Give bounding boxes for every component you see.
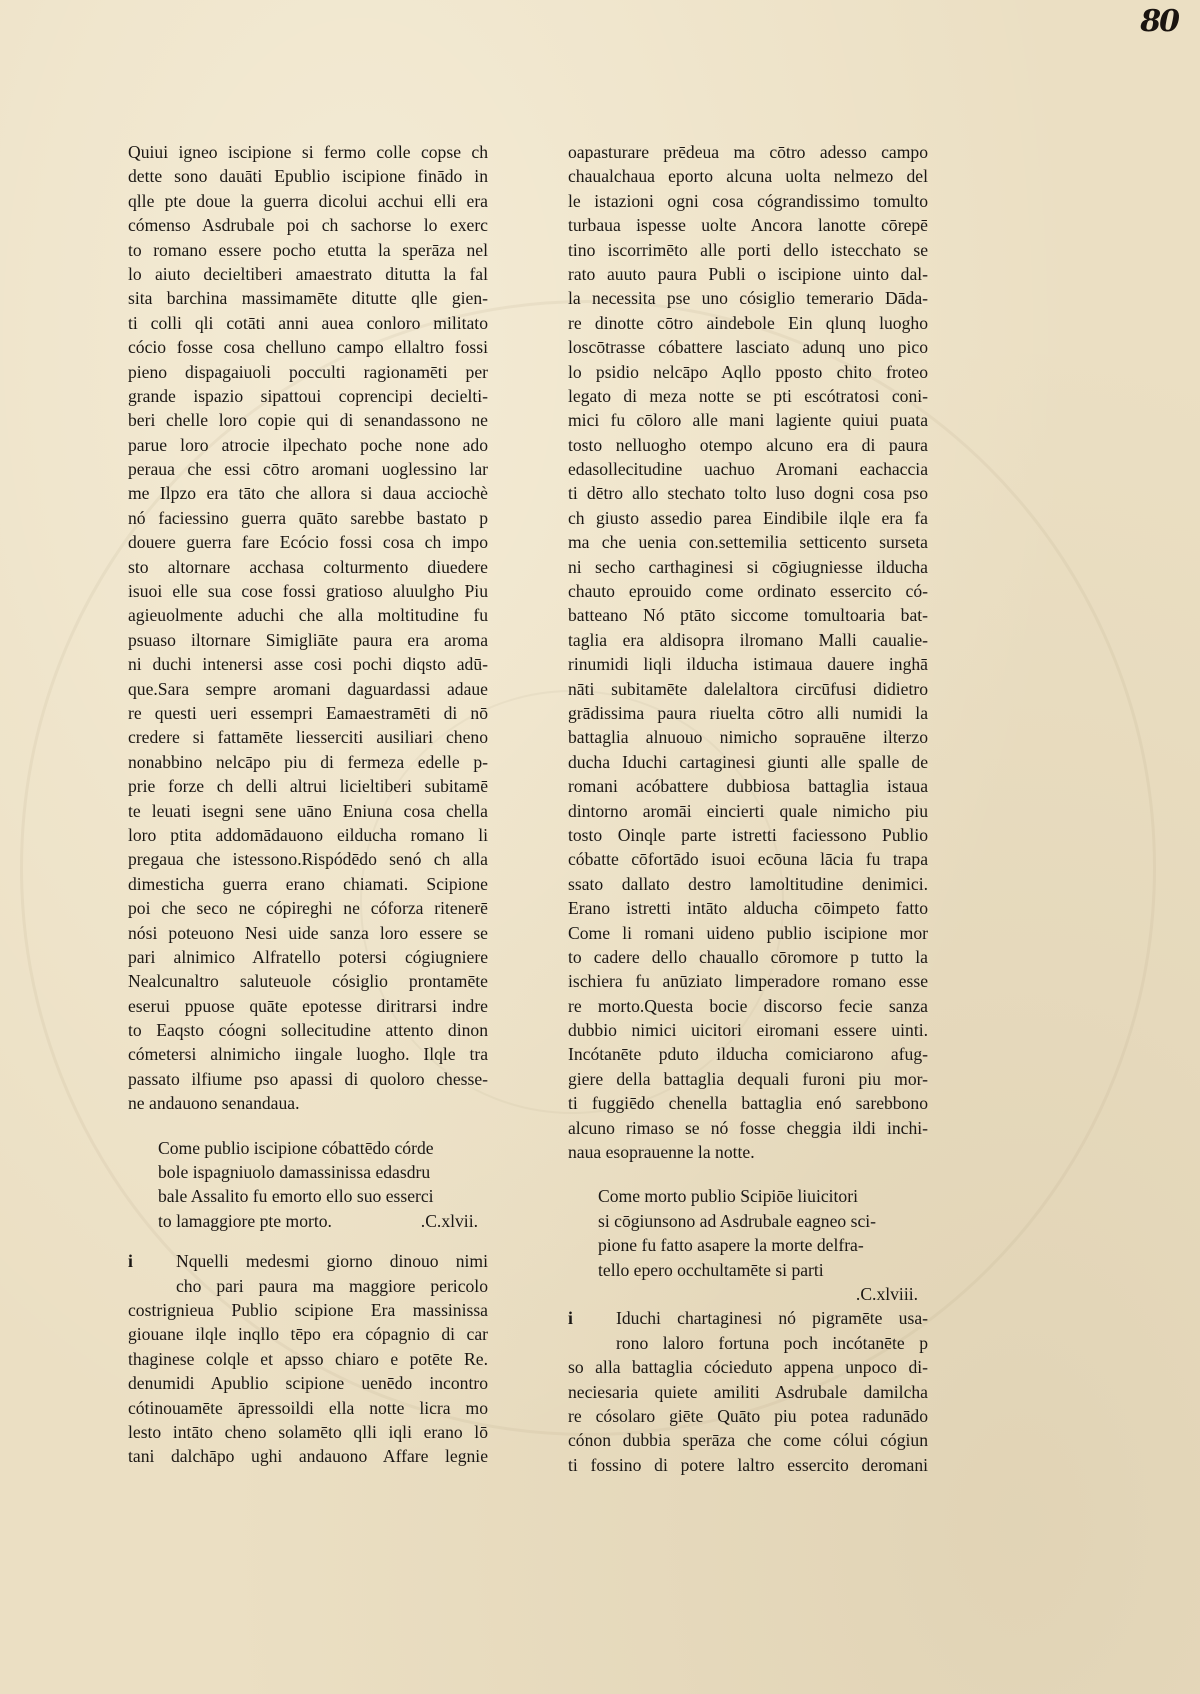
text-line: pari alnimico Alfratello potersi cógiugn… [128,945,488,969]
text-line: psuaso iltornare Simigliāte paura era ar… [128,628,488,652]
text-line: neciesaria quiete amiliti Asdrubale dami… [568,1380,928,1404]
text-line: grādissima paura riuelta cōtro alli numi… [568,701,928,725]
right-chapter-heading: Come morto publio Scipiōe liuicitorisi c… [568,1184,918,1306]
text-line: ne andauono senandaua. [128,1091,488,1115]
text-line: turbaua ispesse uolte Ancora lanotte cōr… [568,213,928,237]
text-line: Quiui igneo iscipione si fermo colle cop… [128,140,488,164]
text-line: ti fossino di potere laltro essercito de… [568,1453,928,1477]
text-line: batteano Nó ptāto siccome tomultoaria ba… [568,603,928,627]
text-line: rinumidi liqli ilducha istimaua dauere i… [568,652,928,676]
text-line: re questi ueri essempri Eamaestramēti di… [128,701,488,725]
right-column: oapasturare prēdeua ma cōtro adesso camp… [568,140,928,1477]
text-line: alcuno rimaso se nó fosse cheggia ildi i… [568,1116,928,1140]
text-line: legato di meza notte se pti escótratosi … [568,384,928,408]
text-line: parue loro atrocie ilpechato poche none … [128,433,488,457]
text-line: cóbatte cōfortādo isuoi ecōuna lācia fu … [568,847,928,871]
text-line: romani acóbattere dubbiosa battaglia ist… [568,774,928,798]
heading-text: to lamaggiore pte morto. [158,1211,332,1231]
text-line: nósi poteuono Nesi uide sanza loro esser… [128,921,488,945]
text-line: rono laloro fortuna poch incótanēte p [568,1331,928,1355]
text-line-content: Nquelli medesmi giorno dinouo nimi [176,1251,488,1271]
text-line-content: Iduchi chartaginesi nó pigramēte usa- [616,1308,928,1328]
text-line: lo aiuto decieltiberi amaestrato ditutta… [128,262,488,286]
left-body-text: Quiui igneo iscipione si fermo colle cop… [128,140,488,1116]
heading-line: bale Assalito fu emorto ello suo esserci [158,1184,478,1208]
text-line: iIduchi chartaginesi nó pigramēte usa- [568,1306,928,1330]
text-line: sita barchina massimamēte ditutte qlle g… [128,286,488,310]
text-line: passato ilfiume pso apassi di quoloro ch… [128,1067,488,1091]
left-chapter-heading: Come publio iscipione cóbattēdo córdebol… [128,1136,478,1234]
text-line: ch giusto assedio parea Eindibile ilqle … [568,506,928,530]
text-line: re cósolaro giēte Quāto piu potea radunā… [568,1404,928,1428]
folio-number: 80 [1140,4,1178,39]
left-chapter-paragraph: iNquelli medesmi giorno dinouo nimicho p… [128,1249,488,1469]
text-line: iNquelli medesmi giorno dinouo nimi [128,1249,488,1273]
text-line: pieno dispagaiuoli pocculti ragionamēti … [128,360,488,384]
text-line: cótinouamēte āpressoildi ella notte licr… [128,1396,488,1420]
right-body-text: oapasturare prēdeua ma cōtro adesso camp… [568,140,928,1164]
text-line: ducha Iduchi cartaginesi giunti alle spa… [568,750,928,774]
text-line: beri chelle loro copie qui di senandasso… [128,408,488,432]
text-line: ti fuggiēdo chenella battaglia enó sareb… [568,1091,928,1115]
text-line: la necessita pse uno cósiglio temerario … [568,286,928,310]
guide-letter: i [568,1306,573,1330]
text-line: cónon dubbia sperāza che come cólui cógi… [568,1428,928,1452]
text-line: le istazioni ogni cosa cógrandissimo tom… [568,189,928,213]
heading-line: Come publio iscipione cóbattēdo córde [158,1136,478,1160]
right-chapter-paragraph: iIduchi chartaginesi nó pigramēte usa-ro… [568,1306,928,1477]
text-line: te leuati isegni sene uāno Eniuna cosa c… [128,799,488,823]
text-line: Nealcunaltro saluteuole cósiglio prontam… [128,969,488,993]
text-line: denumidi Apublio scipione uenēdo incontr… [128,1371,488,1395]
heading-line: pione fu fatto asapere la morte delfra- [598,1233,918,1257]
text-line: poi che seco ne cópireghi ne cóforza rit… [128,896,488,920]
text-line: Incótanēte pduto ilducha comiciarono afu… [568,1042,928,1066]
text-line: nó faciessino guerra quāto sarebbe basta… [128,506,488,530]
text-line: oapasturare prēdeua ma cōtro adesso camp… [568,140,928,164]
text-line: ssato dallato destro lamoltitudine denim… [568,872,928,896]
heading-line: bole ispagniuolo damassinissa edasdru [158,1160,478,1184]
text-line: ischiera fu anūziato limperadore romano … [568,969,928,993]
manuscript-page: 80 Quiui igneo iscipione si fermo colle … [0,0,1200,1694]
text-line: to Eaqsto cóogni sollecitudine attento d… [128,1018,488,1042]
text-line: peraua che essi cōtro aromani uoglessino… [128,457,488,481]
text-line: me Ilpzo era tāto che allora si daua acc… [128,481,488,505]
text-line: edasollecitudine uachuo Aromani eachacci… [568,457,928,481]
text-line: dimesticha guerra erano chiamati. Scipio… [128,872,488,896]
text-line: re dinotte cōtro aindebole Ein qlunq luo… [568,311,928,335]
text-line: giere della battaglia dequali furoni piu… [568,1067,928,1091]
text-line: prie forze ch delli altrui licieltiberi … [128,774,488,798]
text-line: mici fu cōloro alle mani lagiente quiui … [568,408,928,432]
text-line: so alla battaglia cócieduto appena unpoc… [568,1355,928,1379]
text-line: dubbio nimici uicitori eiromani essere u… [568,1018,928,1042]
heading-line: tello epero occhultamēte si parti [598,1258,918,1282]
text-line: Come li romani uideno publio iscipione m… [568,921,928,945]
text-line: nāti subitamēte dalelaltora circūfusi di… [568,677,928,701]
text-line: tosto Oinqle parte istretti faciessono P… [568,823,928,847]
text-line: re morto.Questa bocie discorso fecie san… [568,994,928,1018]
text-line: chauto eprouido come ordinato essercito … [568,579,928,603]
left-column: Quiui igneo iscipione si fermo colle cop… [128,140,488,1469]
text-line: thaginese colqle et apsso chiaro e potēt… [128,1347,488,1371]
text-line: tino iscorrimēto alle porti dello istecc… [568,238,928,262]
text-line: que.Sara sempre aromani daguardassi adau… [128,677,488,701]
text-line: Erano istretti intāto alducha cōimpeto f… [568,896,928,920]
text-line: pregaua che istessono.Rispódēdo senó ch … [128,847,488,871]
text-line: qlle pte doue la guerra dicolui acchui e… [128,189,488,213]
text-line: lo psidio nelcāpo Aqllo pposto chito fro… [568,360,928,384]
heading-line: si cōgiunsono ad Asdrubale eagneo sci- [598,1209,918,1233]
chapter-number: .C.xlvii. [421,1209,478,1233]
text-line: tani dalchāpo ughi andauono Affare legni… [128,1444,488,1468]
text-line: grande ispazio sipattoui coprencipi deci… [128,384,488,408]
text-line: douere guerra fare Ecócio fossi cosa ch … [128,530,488,554]
text-line: costrignieua Publio scipione Era massini… [128,1298,488,1322]
text-line: nonabbino nelcāpo piu di fermeza edelle … [128,750,488,774]
text-line: ma che uenia con.settemilia setticento s… [568,530,928,554]
text-line: battaglia alnuouo nimicho soprauēne ilte… [568,725,928,749]
text-line: cócio fosse cosa chelluno campo ellaltro… [128,335,488,359]
text-line: ti dētro allo stechato tolto luso dogni … [568,481,928,505]
text-line: naua esoprauenne la notte. [568,1140,928,1164]
text-line: loro ptita addomādauono eilducha romano … [128,823,488,847]
chapter-number: .C.xlviii. [598,1282,918,1306]
text-line: chaualchaua eporto alcuna uolta nelmezo … [568,164,928,188]
guide-letter: i [128,1249,133,1273]
text-line: cómenso Asdrubale poi ch sachorse lo exe… [128,213,488,237]
text-line: isuoi elle sua cose fossi gratioso aluul… [128,579,488,603]
text-line: dette sono dauāti Epublio iscipione finā… [128,164,488,188]
text-line: credere si fattamēte liesserciti ausilia… [128,725,488,749]
text-line: to cadere dello chauallo cōromore p tutt… [568,945,928,969]
heading-line: to lamaggiore pte morto..C.xlvii. [158,1209,478,1233]
text-line: loscōtrasse cóbattere lasciato adunq uno… [568,335,928,359]
text-line: eserui ppuose quāte epotesse diritrarsi … [128,994,488,1018]
text-line: agieuolmente aduchi che alla moltitudine… [128,603,488,627]
text-line: rato auuto paura Publi o iscipione uinto… [568,262,928,286]
text-line: cho pari paura ma maggiore pericolo [128,1274,488,1298]
text-line: sto altornare acchasa colturmento diuede… [128,555,488,579]
text-line: cómetersi alnimicho iingale luogho. Ilql… [128,1042,488,1066]
heading-line: Come morto publio Scipiōe liuicitori [598,1184,918,1208]
text-line: ni secho carthaginesi si cōgiugniesse il… [568,555,928,579]
text-line: ni duchi intenersi asse cosi pochi diqst… [128,652,488,676]
text-line: lesto intāto cheno solamēto qlli iqli er… [128,1420,488,1444]
text-line: taglia era aldisopra ilromano Malli caua… [568,628,928,652]
text-line: giouane ilqle inqllo tēpo era cópagnio d… [128,1322,488,1346]
text-line: ti colli qli cotāti anni auea conloro mi… [128,311,488,335]
text-line: to romano essere pocho etutta la sperāza… [128,238,488,262]
text-line: dintorno aromāi eincierti quale nimicho … [568,799,928,823]
text-line: tosto nelluogho otempo alcuno era di pau… [568,433,928,457]
